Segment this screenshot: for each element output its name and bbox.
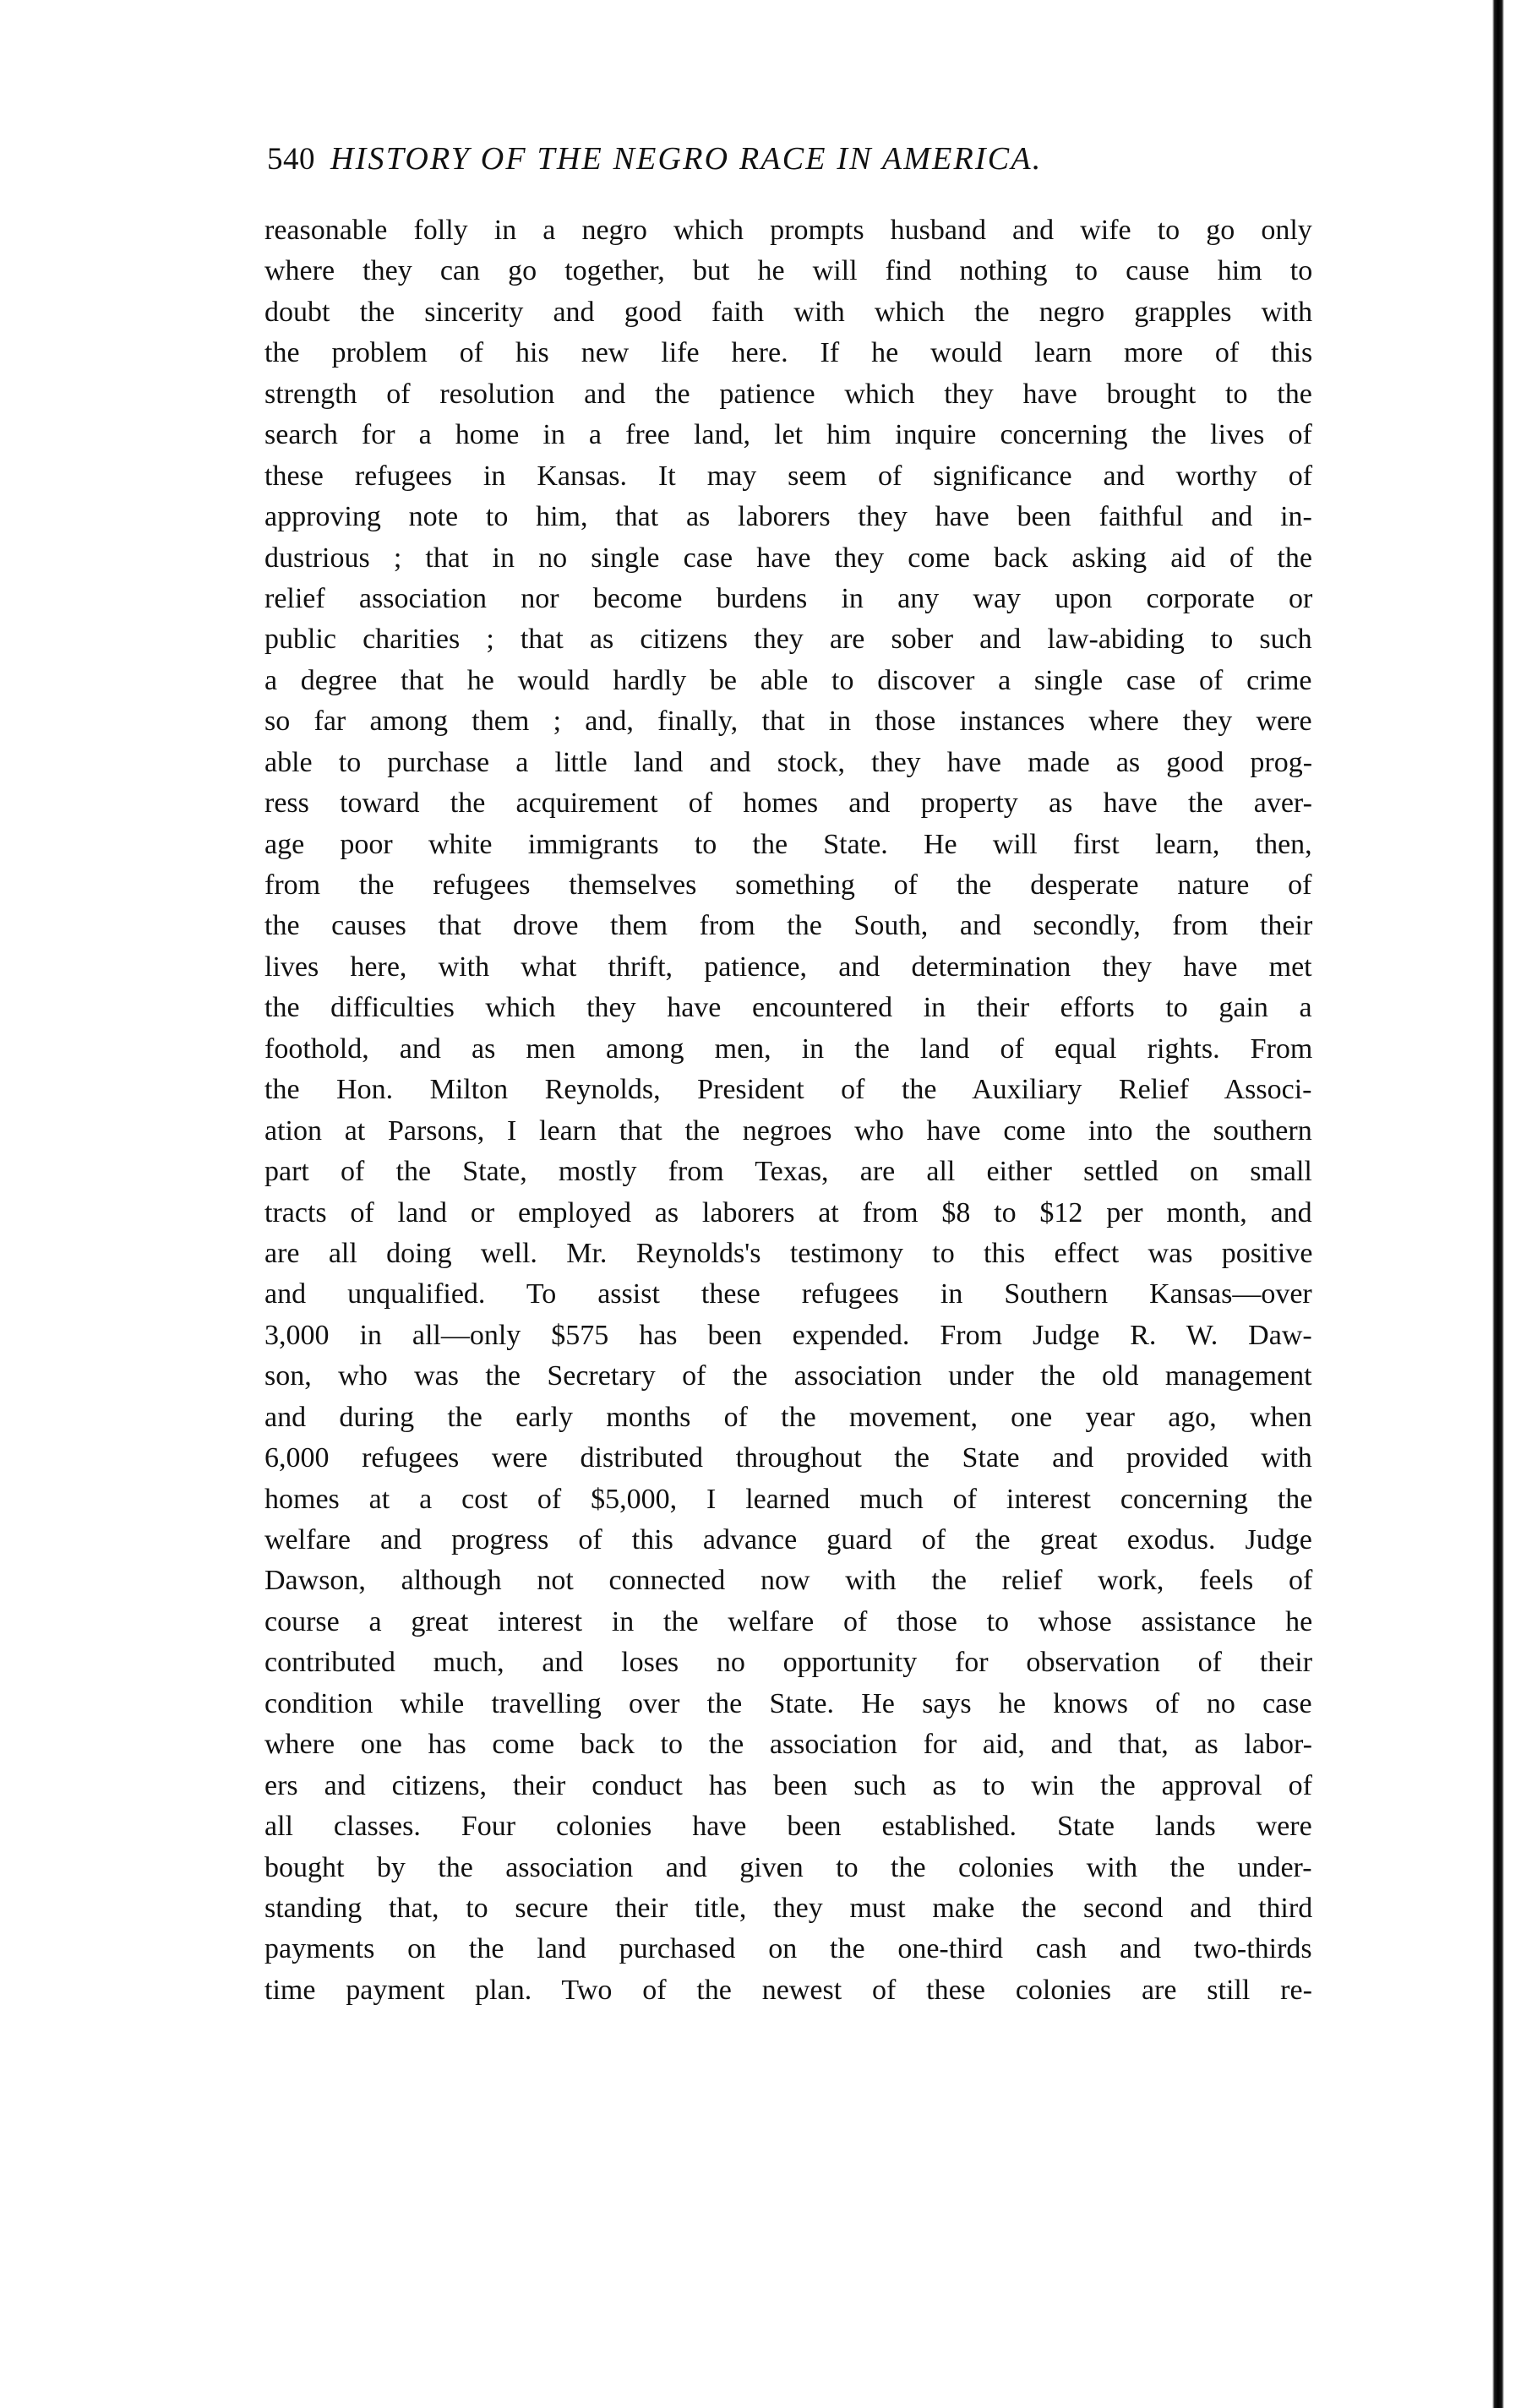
text-line: tracts of land or employed as laborers a… [264,1193,1312,1234]
page-binding-edge [1492,0,1504,2408]
text-line: time payment plan. Two of the newest of … [264,1970,1312,2011]
text-line: where one has come back to the associati… [264,1724,1312,1765]
text-line: doubt the sincerity and good faith with … [264,292,1312,333]
text-line: lives here, with what thrift, patience, … [264,947,1312,988]
text-line: course a great interest in the welfare o… [264,1602,1312,1643]
text-line: age poor white immigrants to the State. … [264,825,1312,865]
text-line: so far among them ; and, finally, that i… [264,701,1312,742]
text-line: are all doing well. Mr. Reynolds's testi… [264,1234,1312,1274]
text-line: contributed much, and loses no opportuni… [264,1643,1312,1683]
text-line: the difficulties which they have encount… [264,988,1312,1028]
text-line: ress toward the acquirement of homes and… [264,783,1312,824]
text-line: part of the State, mostly from Texas, ar… [264,1152,1312,1192]
text-line: the Hon. Milton Reynolds, President of t… [264,1070,1312,1110]
text-line: and during the early months of the movem… [264,1397,1312,1438]
text-line: condition while travelling over the Stat… [264,1684,1312,1724]
text-line: able to purchase a little land and stock… [264,743,1312,783]
running-head: 540HISTORY OF THE NEGRO RACE IN AMERICA. [267,139,1315,179]
running-title: HISTORY OF THE NEGRO RACE IN AMERICA. [330,141,1042,177]
text-line: and unqualified. To assist these refugee… [264,1274,1312,1315]
text-line: strength of resolution and the patience … [264,374,1312,415]
text-line: the problem of his new life here. If he … [264,333,1312,373]
book-page: 540HISTORY OF THE NEGRO RACE IN AMERICA.… [0,0,1521,2408]
text-line: where they can go together, but he will … [264,251,1312,291]
body-text: reasonable folly in a negro which prompt… [264,210,1312,2011]
text-line: standing that, to secure their title, th… [264,1888,1312,1929]
text-line: the causes that drove them from the Sout… [264,906,1312,946]
text-line: ation at Parsons, I learn that the negro… [264,1111,1312,1152]
text-line: homes at a cost of $5,000, I learned muc… [264,1479,1312,1520]
text-line: a degree that he would hardly be able to… [264,661,1312,701]
text-line: dustrious ; that in no single case have … [264,538,1312,579]
text-line: son, who was the Secretary of the associ… [264,1356,1312,1397]
text-line: reasonable folly in a negro which prompt… [264,210,1312,251]
text-line: foothold, and as men among men, in the l… [264,1029,1312,1070]
text-line: these refugees in Kansas. It may seem of… [264,456,1312,497]
text-line: search for a home in a free land, let hi… [264,415,1312,455]
text-line: Dawson, although not connected now with … [264,1561,1312,1601]
text-line: 6,000 refugees were distributed througho… [264,1438,1312,1479]
page-number: 540 [267,142,315,177]
text-line: relief association nor become burdens in… [264,579,1312,619]
text-line: welfare and progress of this advance gua… [264,1520,1312,1561]
text-line: 3,000 in all—only $575 has been expended… [264,1316,1312,1356]
text-line: all classes. Four colonies have been est… [264,1806,1312,1847]
text-line: bought by the association and given to t… [264,1848,1312,1888]
text-line: ers and citizens, their conduct has been… [264,1766,1312,1806]
text-line: public charities ; that as citizens they… [264,619,1312,660]
text-line: from the refugees themselves something o… [264,865,1312,906]
text-line: payments on the land purchased on the on… [264,1929,1312,1969]
text-line: approving note to him, that as laborers … [264,497,1312,537]
